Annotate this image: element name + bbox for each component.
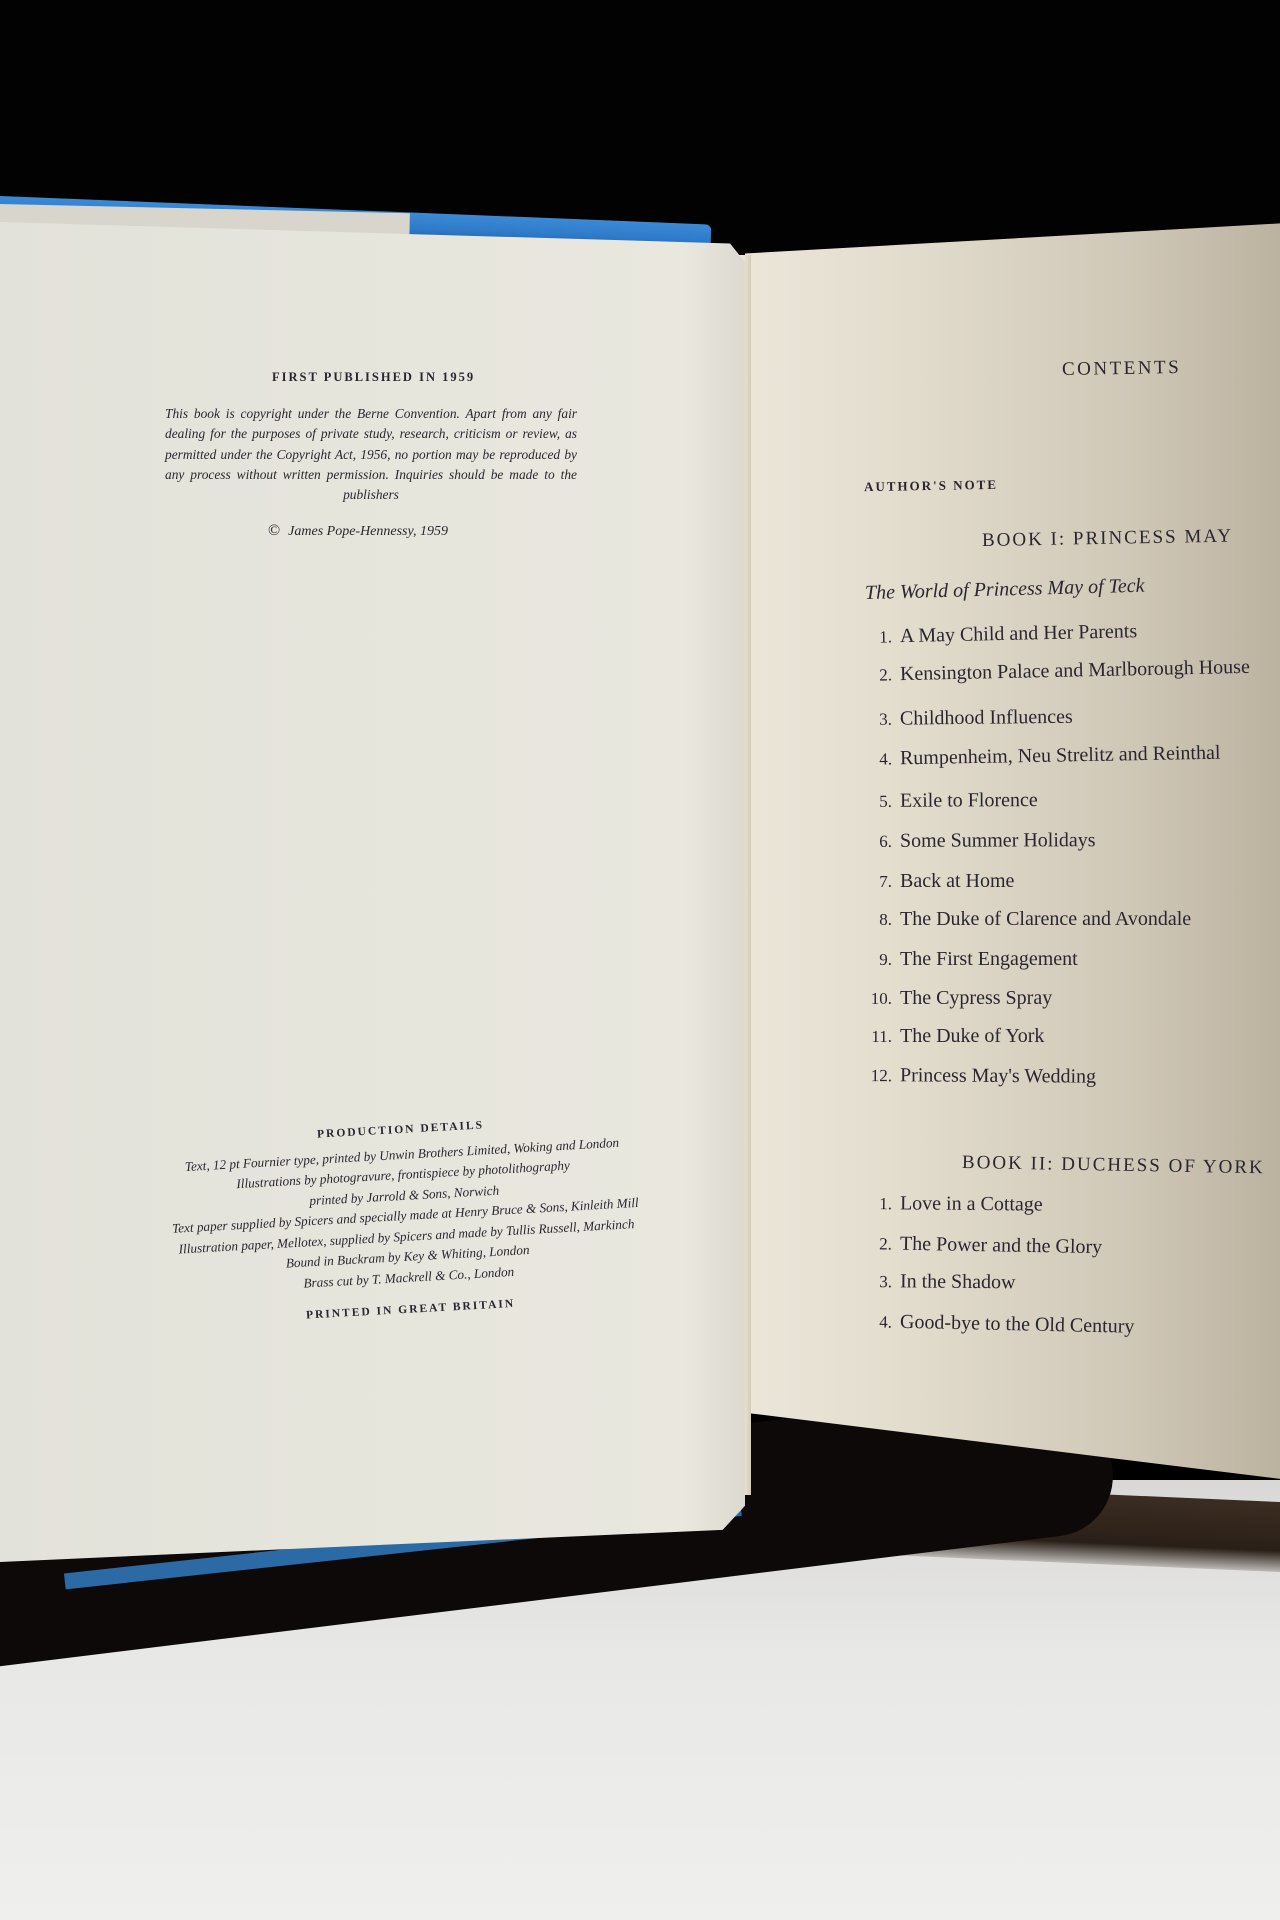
copyright-symbol-icon: © xyxy=(268,522,280,539)
toc-item: 11.The Duke of York xyxy=(860,1025,1044,1048)
toc-item: 10.The Cypress Spray xyxy=(860,987,1052,1010)
toc-item: 1.Love in a Cottage xyxy=(860,1192,1043,1217)
copyright-holder-line: ©James Pope-Hennessy, 1959 xyxy=(268,522,448,540)
book1-heading: BOOK I: PRINCESS MAY xyxy=(982,526,1233,552)
toc-item: 8.The Duke of Clarence and Avondale xyxy=(860,908,1191,931)
copyright-holder: James Pope-Hennessy, 1959 xyxy=(288,524,448,539)
toc-item: 2.The Power and the Glory xyxy=(860,1232,1103,1259)
toc-item: 3.Childhood Influences xyxy=(860,706,1073,731)
production-details: PRODUCTION DETAILS Text, 12 pt Fournier … xyxy=(120,1104,690,1335)
toc-item: 5.Exile to Florence xyxy=(860,789,1038,813)
toc-item: 7.Back at Home xyxy=(860,870,1014,893)
toc-item: 3.In the Shadow xyxy=(860,1270,1016,1294)
toc-item: 12.Princess May's Wedding xyxy=(860,1064,1096,1089)
toc-authors-note: AUTHOR'S NOTE xyxy=(864,477,998,495)
first-published-line: FIRST PUBLISHED IN 1959 xyxy=(272,370,475,385)
copyright-notice: This book is copyright under the Berne C… xyxy=(165,404,577,505)
toc-item: 9.The First Engagement xyxy=(860,948,1078,971)
contents-title: CONTENTS xyxy=(1062,357,1182,381)
toc-item: 6.Some Summer Holidays xyxy=(860,829,1096,853)
